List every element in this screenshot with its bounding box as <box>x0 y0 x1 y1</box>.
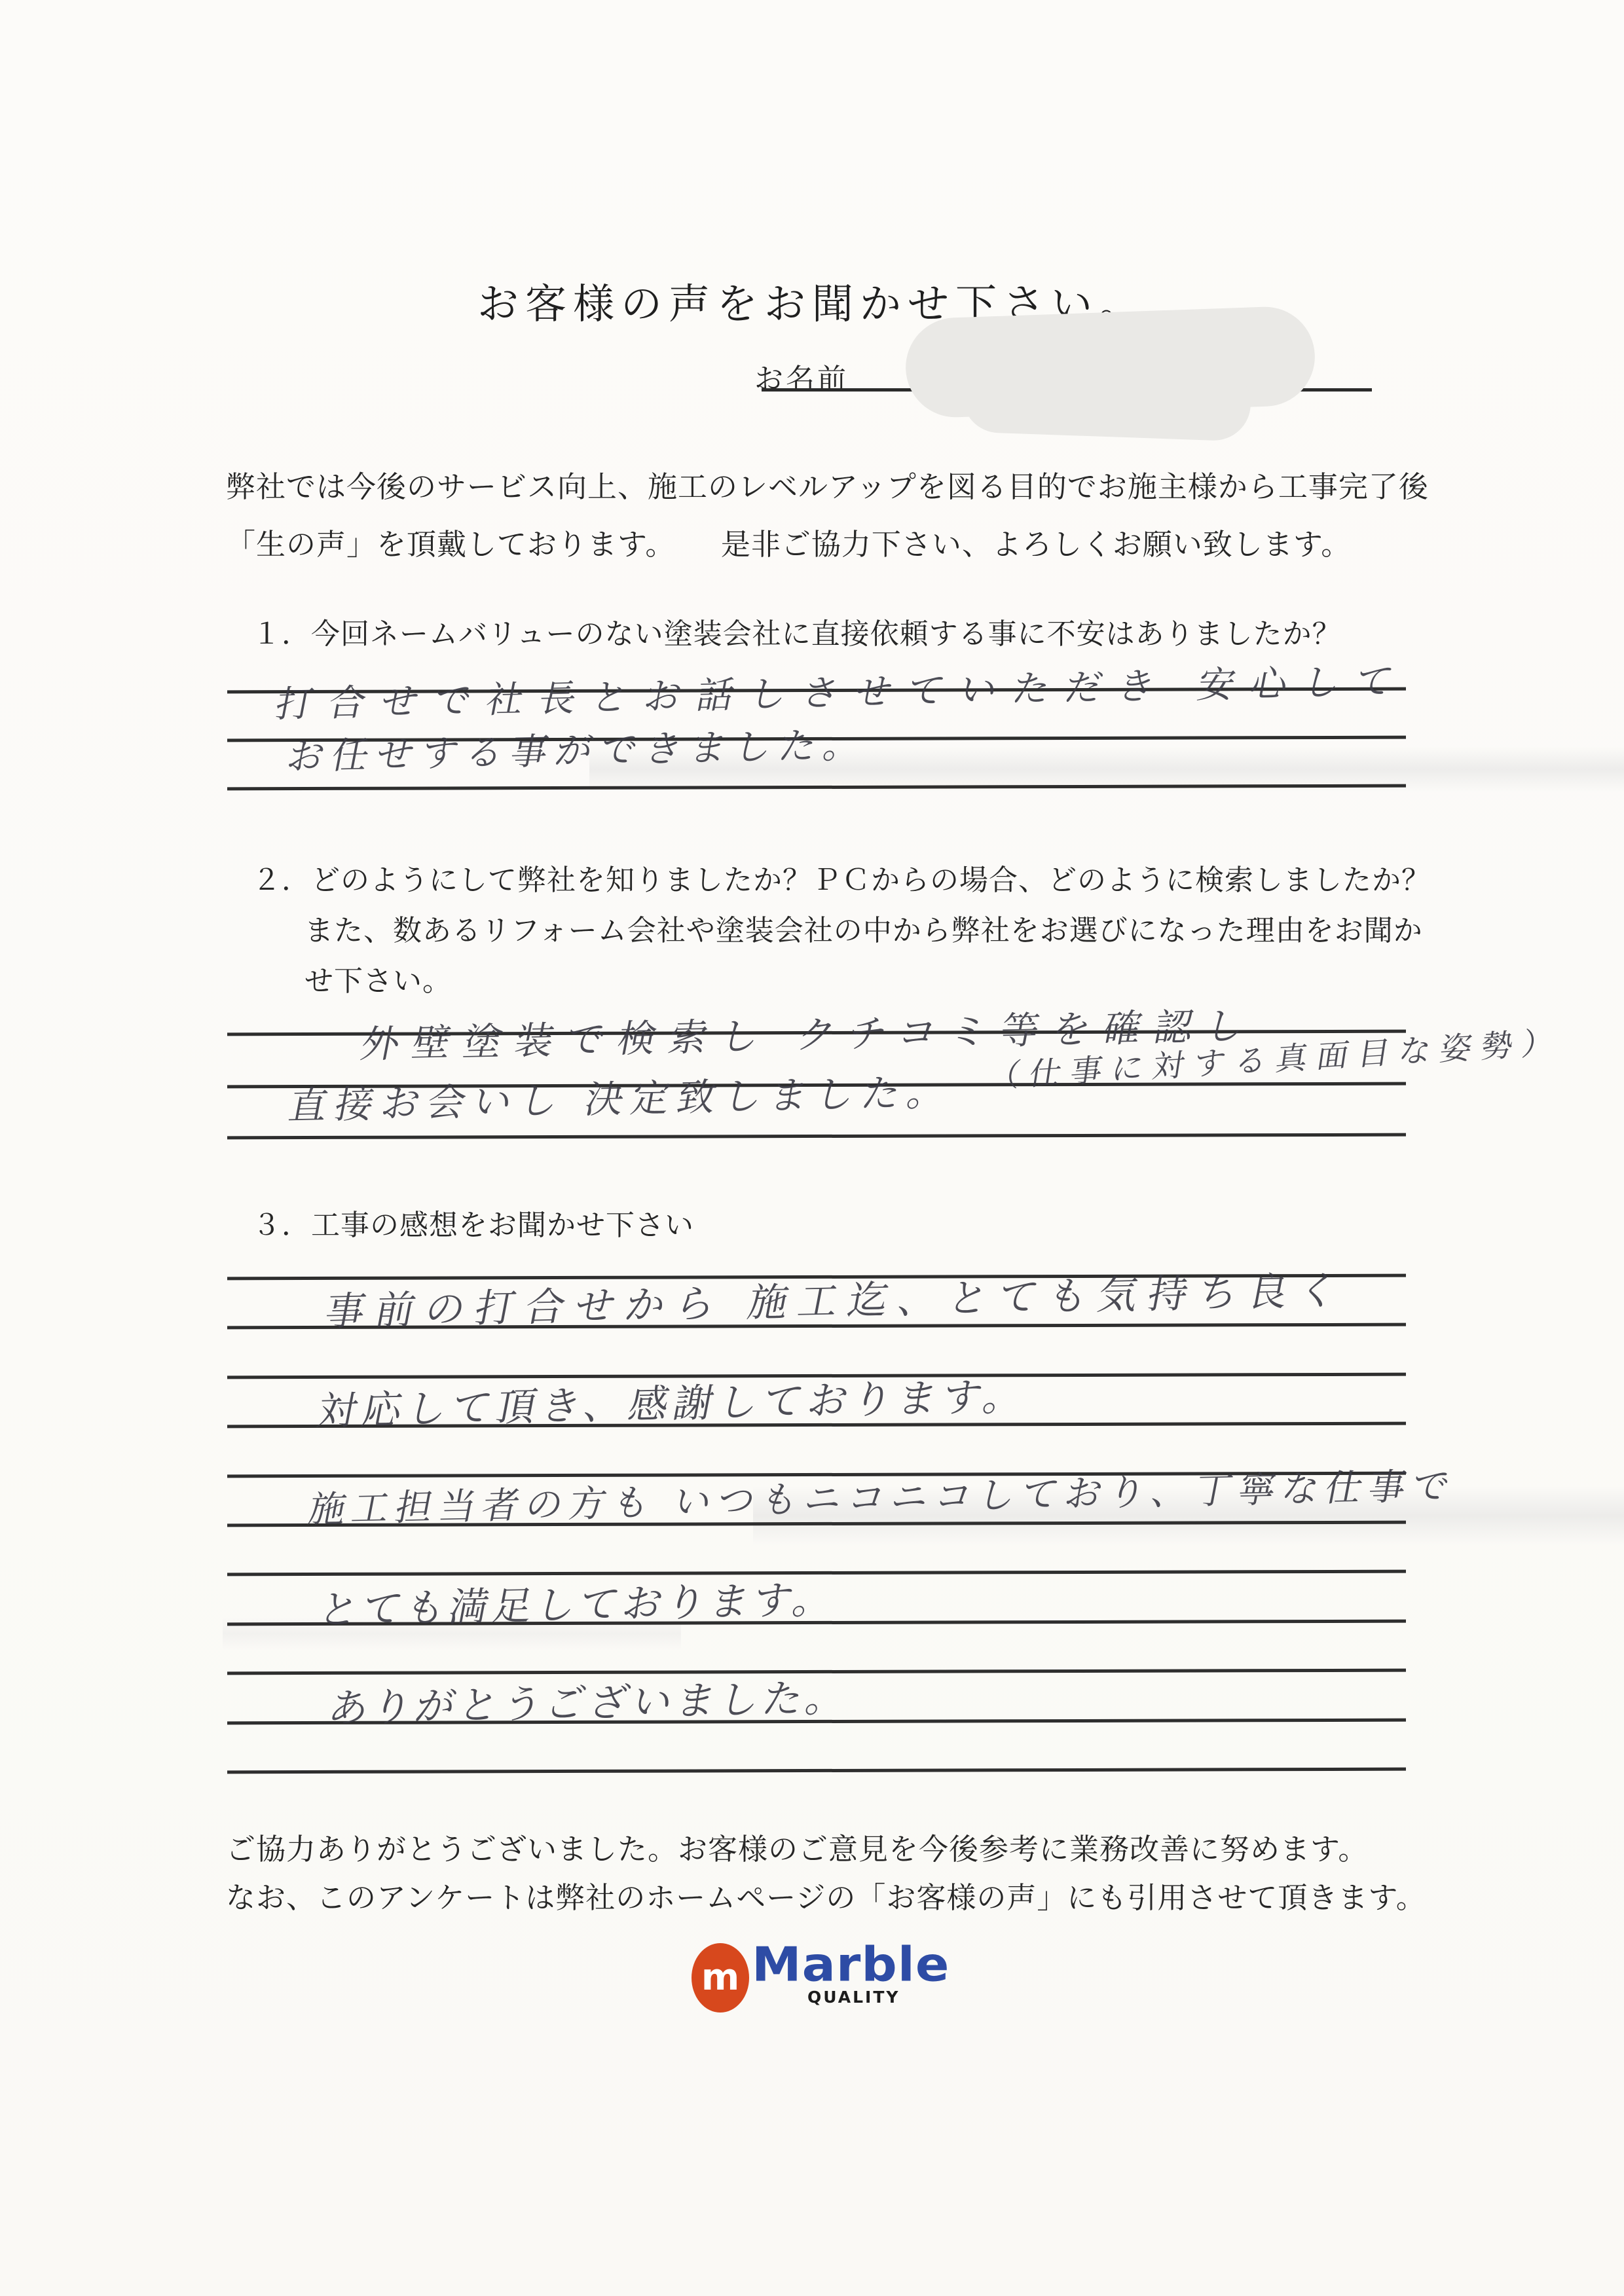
scanned-questionnaire-page: お客様の声をお聞かせ下さい。 お名前 弊社では今後のサービス向上、施工のレベルア… <box>0 0 1624 2296</box>
question-2-heading-line-2: また、数あるリフォーム会社や塗装会社の中から弊社をお選びになった理由をお聞か <box>304 905 1431 956</box>
intro-paragraph: 弊社では今後のサービス向上、施工のレベルアップを図る目的でお施主様から工事完了後… <box>226 458 1429 574</box>
intro-line-2: 「生の声」を頂戴しております。 是非ご協力下さい、よろしくお願い致します。 <box>226 528 1351 561</box>
ruled-line <box>227 1768 1406 1774</box>
question-2-heading: ２．どのようにして弊社を知りましたか？ＰＣからの場合、どのように検索しましたか？… <box>252 855 1431 1006</box>
closing-line-1: ご協力ありがとうございました。お客様のご意見を今後参考に業務改善に努めます。 <box>226 1833 1368 1866</box>
page-title: お客様の声をお聞かせ下さい。 <box>0 271 1624 331</box>
q2-handwritten-answer-line-2: 直接お会いし 決定致しました。 <box>285 1061 960 1130</box>
ruled-line <box>227 784 1406 791</box>
closing-paragraph: ご協力ありがとうございました。お客様のご意見を今後参考に業務改善に努めます。 な… <box>226 1825 1426 1922</box>
question-3-heading: ３．工事の感想をお聞かせ下さい <box>252 1201 694 1243</box>
intro-line-1: 弊社では今後のサービス向上、施工のレベルアップを図る目的でお施主様から工事完了後 <box>226 471 1429 503</box>
q3-handwritten-answer-line-4: とても満足しております。 <box>314 1569 843 1635</box>
ruled-line <box>227 1133 1406 1140</box>
question-2-heading-line-1: ２．どのようにして弊社を知りましたか？ＰＣからの場合、どのように検索しましたか？ <box>252 864 1431 896</box>
logo-m-monogram-icon: m <box>692 1943 749 2013</box>
logo-tagline-text: QUALITY <box>807 1988 900 2007</box>
logo-brand-text: Marble <box>752 1937 950 1992</box>
name-redaction-blob <box>961 358 1252 441</box>
q3-handwritten-answer-line-5: ありがとうございました。 <box>324 1666 856 1734</box>
question-1-heading: １．今回ネームバリューのない塗装会社に直接依頼する事に不安はありましたか？ <box>252 610 1342 652</box>
closing-line-2: なお、このアンケートは弊社のホームページの「お客様の声」にも引用させて頂きます。 <box>226 1882 1426 1914</box>
